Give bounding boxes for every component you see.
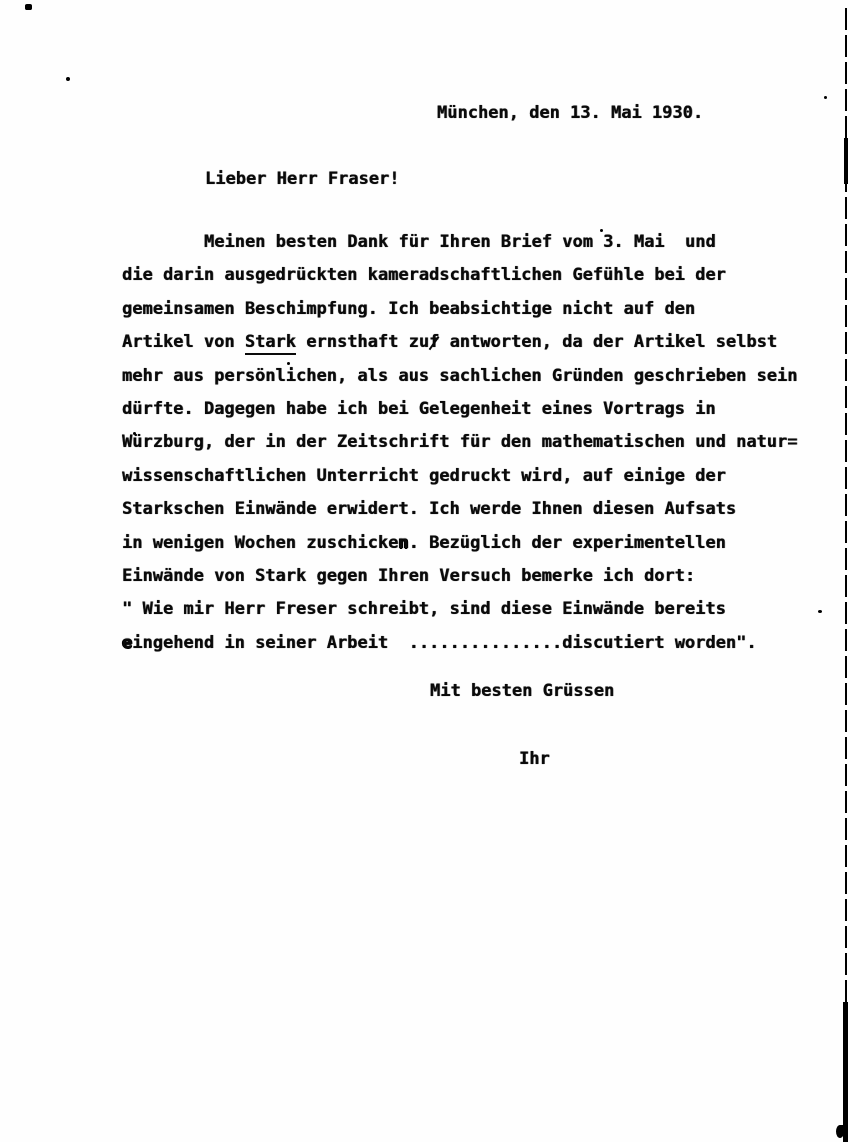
- letter-text-segment: Artikel von: [122, 332, 245, 352]
- letter-page: München, den 13. Mai 1930. Lieber Herr F…: [0, 0, 850, 1142]
- letter-line: Würzburg, der in der Zeitschrift für den…: [122, 426, 828, 459]
- scan-speck: [133, 432, 136, 435]
- scan-speck: [66, 77, 70, 81]
- letter-text-segment: e: [122, 633, 132, 653]
- letter-line: " Wie mir Herr Freser schreibt, sind die…: [122, 593, 828, 626]
- letter-body: Meinen besten Dank für Ihren Brief vom 3…: [122, 226, 828, 660]
- letter-text-segment: die darin ausgedrückten kameradschaftlic…: [122, 265, 726, 285]
- scan-speck: [287, 362, 290, 365]
- letter-text-segment: " Wie mir Herr Freser schreibt, sind die…: [122, 599, 726, 619]
- letter-line: Meinen besten Dank für Ihren Brief vom 3…: [122, 226, 828, 259]
- letter-line: mehr aus persönlichen, als aus sachliche…: [122, 360, 828, 393]
- letter-text-segment: . Bezüglich der experimentellen: [409, 533, 726, 553]
- letter-text-segment: n: [398, 533, 408, 553]
- letter-line: die darin ausgedrückten kameradschaftlic…: [122, 259, 828, 292]
- letter-line: Starkschen Einwände erwidert. Ich werde …: [122, 493, 828, 526]
- letter-line: eingehend in seiner Arbeit .............…: [122, 627, 828, 660]
- letter-text-segment: Stark: [245, 332, 296, 355]
- letter-line: gemeinsamen Beschimpfung. Ich beabsichti…: [122, 293, 828, 326]
- letter-text-segment: in wenigen Wochen zuschicke: [122, 533, 398, 553]
- letter-text-segment: wissenschaftlichen Unterricht gedruckt w…: [122, 466, 726, 486]
- scan-speck: [600, 229, 603, 232]
- scan-edge-thick-bottom: [843, 1002, 848, 1142]
- letter-line: in wenigen Wochen zuschicken. Bezüglich …: [122, 527, 828, 560]
- salutation: Lieber Herr Fraser!: [205, 169, 399, 189]
- letter-line: Artikel von Stark ernsthaft zuf antworte…: [122, 326, 828, 359]
- letter-text-segment: mehr aus persönlichen, als aus sachliche…: [122, 366, 798, 386]
- letter-text-segment: gemeinsamen Beschimpfung. Ich beabsichti…: [122, 299, 695, 319]
- letter-text-segment: ingehend in seiner Arbeit ..............…: [132, 633, 756, 653]
- letter-text-segment: dürfte. Dagegen habe ich bei Gelegenheit…: [122, 399, 716, 419]
- letter-text-segment: Starkschen Einwände erwidert. Ich werde …: [122, 499, 736, 519]
- scan-edge-hook: [836, 1125, 844, 1138]
- letter-text-segment: ernsthaft zu: [296, 332, 429, 352]
- letter-text-segment: antworten, da der Artikel selbst: [439, 332, 777, 352]
- letter-text-segment: Meinen besten Dank für Ihren Brief vom 3…: [204, 232, 716, 252]
- scan-speck: [818, 610, 822, 613]
- scan-edge-blob: [844, 138, 848, 184]
- letter-line: Einwände von Stark gegen Ihren Versuch b…: [122, 560, 828, 593]
- dateline: München, den 13. Mai 1930.: [437, 103, 703, 123]
- scan-speck: [25, 4, 32, 10]
- letter-text-segment: Einwände von Stark gegen Ihren Versuch b…: [122, 566, 695, 586]
- signature: Ihr: [519, 749, 550, 769]
- letter-text-segment: f: [429, 326, 439, 359]
- scan-speck: [824, 96, 827, 99]
- letter-line: wissenschaftlichen Unterricht gedruckt w…: [122, 460, 828, 493]
- letter-line: dürfte. Dagegen habe ich bei Gelegenheit…: [122, 393, 828, 426]
- closing: Mit besten Grüssen: [430, 681, 614, 701]
- letter-text-segment: Würzburg, der in der Zeitschrift für den…: [122, 432, 798, 452]
